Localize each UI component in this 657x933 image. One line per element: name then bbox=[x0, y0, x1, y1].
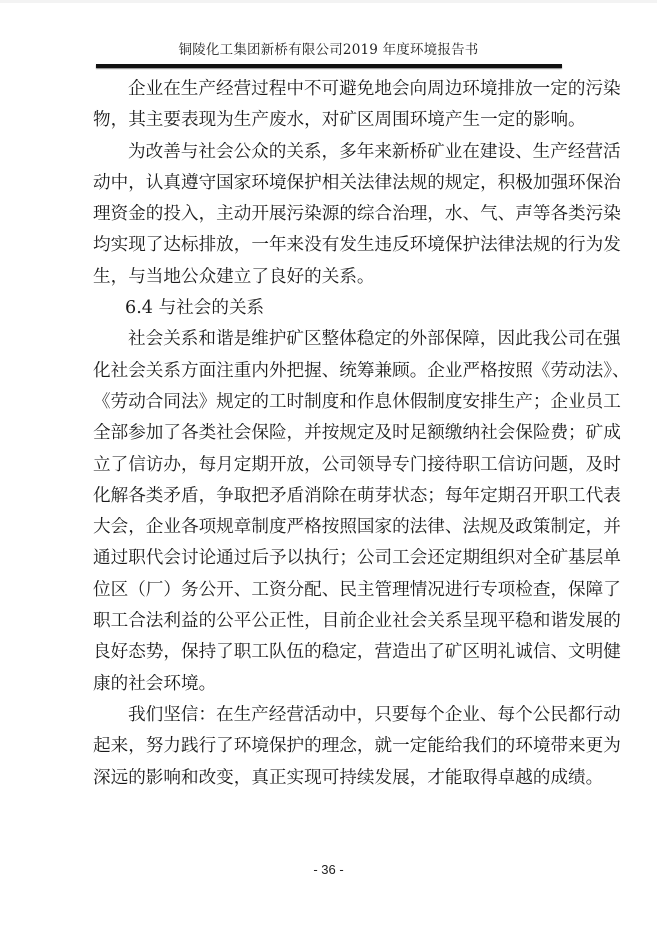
section-heading: 6.4 与社会的关系 bbox=[93, 293, 563, 324]
paragraph-pollution: 企业在生产经营过程中不可避免地会向周边环境排放一定的污染 物，其主要表现为生产废… bbox=[93, 74, 563, 137]
text-line: 起来，努力践行了环境保护的理念，就一定能给我们的环境带来更为 bbox=[93, 731, 563, 762]
paragraph-conclusion: 我们坚信：在生产经营活动中，只要每个企业、每个公民都行动 起来，努力践行了环境保… bbox=[93, 700, 563, 794]
text-line: 通过职代会讨论通过后予以执行；公司工会还定期组织对全矿基层单 bbox=[93, 543, 563, 574]
text-line: 生，与当地公众建立了良好的关系。 bbox=[93, 262, 563, 293]
text-line: 物，其主要表现为生产废水，对矿区周围环境产生一定的影响。 bbox=[93, 105, 563, 136]
text-line: 良好态势，保持了职工队伍的稳定，营造出了矿区明礼诚信、文明健 bbox=[93, 637, 563, 668]
text-line: 动中，认真遵守国家环境保护相关法律法规的规定，积极加强环保治 bbox=[93, 168, 563, 199]
document-body: 企业在生产经营过程中不可避免地会向周边环境排放一定的污染 物，其主要表现为生产废… bbox=[93, 74, 563, 794]
paragraph-public-relations: 为改善与社会公众的关系，多年来新桥矿业在建设、生产经营活 动中，认真遵守国家环境… bbox=[93, 137, 563, 293]
text-line: 位区（厂）务公开、工资分配、民主管理情况进行专项检查，保障了 bbox=[93, 575, 563, 606]
text-line: 职工合法利益的公平公正性，目前企业社会关系呈现平稳和谐发展的 bbox=[93, 606, 563, 637]
header-rule bbox=[96, 64, 562, 68]
text-line: 企业在生产经营过程中不可避免地会向周边环境排放一定的污染 bbox=[93, 74, 563, 105]
text-line: 均实现了达标排放，一年来没有发生违反环境保护法律法规的行为发 bbox=[93, 230, 563, 261]
text-line: 社会关系和谐是维护矿区整体稳定的外部保障，因此我公司在强 bbox=[93, 324, 563, 355]
text-line: 《劳动合同法》规定的工时制度和作息休假制度安排生产；企业员工 bbox=[93, 387, 563, 418]
text-line: 康的社会环境。 bbox=[93, 669, 563, 700]
text-line: 化社会关系方面注重内外把握、统筹兼顾。企业严格按照《劳动法》、 bbox=[93, 356, 563, 387]
text-line: 深远的影响和改变，真正实现可持续发展，才能取得卓越的成绩。 bbox=[93, 763, 563, 794]
page-top-edge bbox=[0, 0, 657, 3]
text-line: 大会，企业各项规章制度严格按照国家的法律、法规及政策制定，并 bbox=[93, 512, 563, 543]
text-line: 立了信访办，每月定期开放，公司领导专门接待职工信访问题，及时 bbox=[93, 450, 563, 481]
section-heading-6-4: 6.4 与社会的关系 bbox=[93, 293, 563, 324]
text-line: 理资金的投入，主动开展污染源的综合治理，水、气、声等各类污染 bbox=[93, 199, 563, 230]
text-line: 全部参加了各类社会保险，并按规定及时足额缴纳社会保险费；矿成 bbox=[93, 418, 563, 449]
text-line: 我们坚信：在生产经营活动中，只要每个企业、每个公民都行动 bbox=[93, 700, 563, 731]
paragraph-social-relations: 社会关系和谐是维护矿区整体稳定的外部保障，因此我公司在强 化社会关系方面注重内外… bbox=[93, 324, 563, 700]
page-number: - 36 - bbox=[0, 862, 657, 877]
running-header: 铜陵化工集团新桥有限公司2019 年度环境报告书 bbox=[0, 38, 657, 58]
text-line: 为改善与社会公众的关系，多年来新桥矿业在建设、生产经营活 bbox=[93, 137, 563, 168]
text-line: 化解各类矛盾，争取把矛盾消除在萌芽状态；每年定期召开职工代表 bbox=[93, 481, 563, 512]
